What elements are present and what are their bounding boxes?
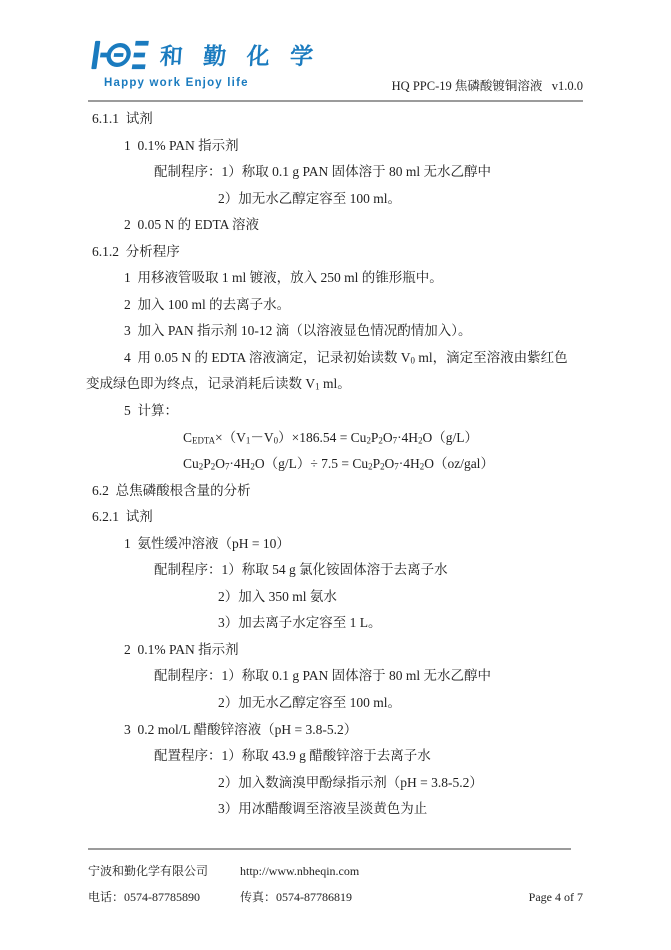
company-tagline: Happy work Enjoy life [104, 77, 320, 89]
body-line: 1 用移液管吸取 1 ml 镀液，放入 250 ml 的锥形瓶中。 [0, 265, 671, 292]
body-line: 2 0.05 N 的 EDTA 溶液 [0, 212, 671, 239]
company-logo: 和 勤 化 学 Happy work Enjoy life [88, 38, 320, 89]
body-line: 配制程序：1）称取 0.1 g PAN 固体溶于 80 ml 无水乙醇中 [0, 663, 671, 690]
body-line: 3 加入 PAN 指示剂 10-12 滴（以溶液显色情况酌情加入）。 [0, 318, 671, 345]
body-line: 1 0.1% PAN 指示剂 [0, 133, 671, 160]
body-line: 6.2 总焦磷酸根含量的分析 [0, 478, 671, 505]
header-divider [88, 100, 583, 102]
company-full-name: 宁波和勤化学有限公司 [88, 858, 240, 884]
body-line: 1 氨性缓冲溶液（pH = 10） [0, 531, 671, 558]
body-line: 6.2.1 试剂 [0, 504, 671, 531]
body-line: 2）加入 350 ml 氨水 [0, 584, 671, 611]
page-footer: 宁波和勤化学有限公司 http://www.nbheqin.com 电话：057… [88, 858, 583, 910]
body-line: 4 用 0.05 N 的 EDTA 溶液滴定，记录初始读数 V0 ml，滴定至溶… [0, 345, 671, 372]
body-line: 3 0.2 mol/L 醋酸锌溶液（pH = 3.8-5.2） [0, 717, 671, 744]
website-url: http://www.nbheqin.com [240, 858, 583, 884]
document-title: HQ PPC-19 焦磷酸镀铜溶液 v1.0.0 [392, 76, 583, 94]
body-line: 2 0.1% PAN 指示剂 [0, 637, 671, 664]
body-line: 5 计算： [0, 398, 671, 425]
phone-number: 电话：0574-87785890 [88, 884, 240, 910]
body-line: 配制程序：1）称取 0.1 g PAN 固体溶于 80 ml 无水乙醇中 [0, 159, 671, 186]
page-header: 和 勤 化 学 Happy work Enjoy life HQ PPC-19 … [88, 38, 583, 96]
body-line: CEDTA×（V1－V0）×186.54 = Cu2P2O7·4H2O（g/L） [0, 425, 671, 452]
body-line: Cu2P2O7·4H2O（g/L）÷ 7.5 = Cu2P2O7·4H2O（oz… [0, 451, 671, 478]
hqe-logo-icon [88, 39, 150, 71]
body-line: 配置程序：1）称取 43.9 g 醋酸锌溶于去离子水 [0, 743, 671, 770]
document-body: 6.1.1 试剂1 0.1% PAN 指示剂配制程序：1）称取 0.1 g PA… [0, 106, 671, 823]
body-line: 变成绿色即为终点，记录消耗后读数 V1 ml。 [0, 371, 671, 398]
footer-divider [88, 848, 571, 850]
footer-row-2: 电话：0574-87785890 传真：0574-87786819 Page 4… [88, 884, 583, 910]
body-line: 6.1.2 分析程序 [0, 239, 671, 266]
body-line: 2）加无水乙醇定容至 100 ml。 [0, 186, 671, 213]
body-line: 2）加入数滴溴甲酚绿指示剂（pH = 3.8-5.2） [0, 770, 671, 797]
body-line: 2）加无水乙醇定容至 100 ml。 [0, 690, 671, 717]
body-line: 配制程序：1）称取 54 g 氯化铵固体溶于去离子水 [0, 557, 671, 584]
body-line: 6.1.1 试剂 [0, 106, 671, 133]
footer-row-1: 宁波和勤化学有限公司 http://www.nbheqin.com [88, 858, 583, 884]
body-line: 2 加入 100 ml 的去离子水。 [0, 292, 671, 319]
document-page: 和 勤 化 学 Happy work Enjoy life HQ PPC-19 … [0, 0, 671, 950]
body-line: 3）加去离子水定容至 1 L。 [0, 610, 671, 637]
fax-number: 传真：0574-87786819 [240, 884, 529, 910]
page-number: Page 4 of 7 [529, 884, 583, 910]
company-name: 和 勤 化 学 [159, 38, 321, 71]
body-line: 3）用冰醋酸调至溶液呈淡黄色为止 [0, 796, 671, 823]
